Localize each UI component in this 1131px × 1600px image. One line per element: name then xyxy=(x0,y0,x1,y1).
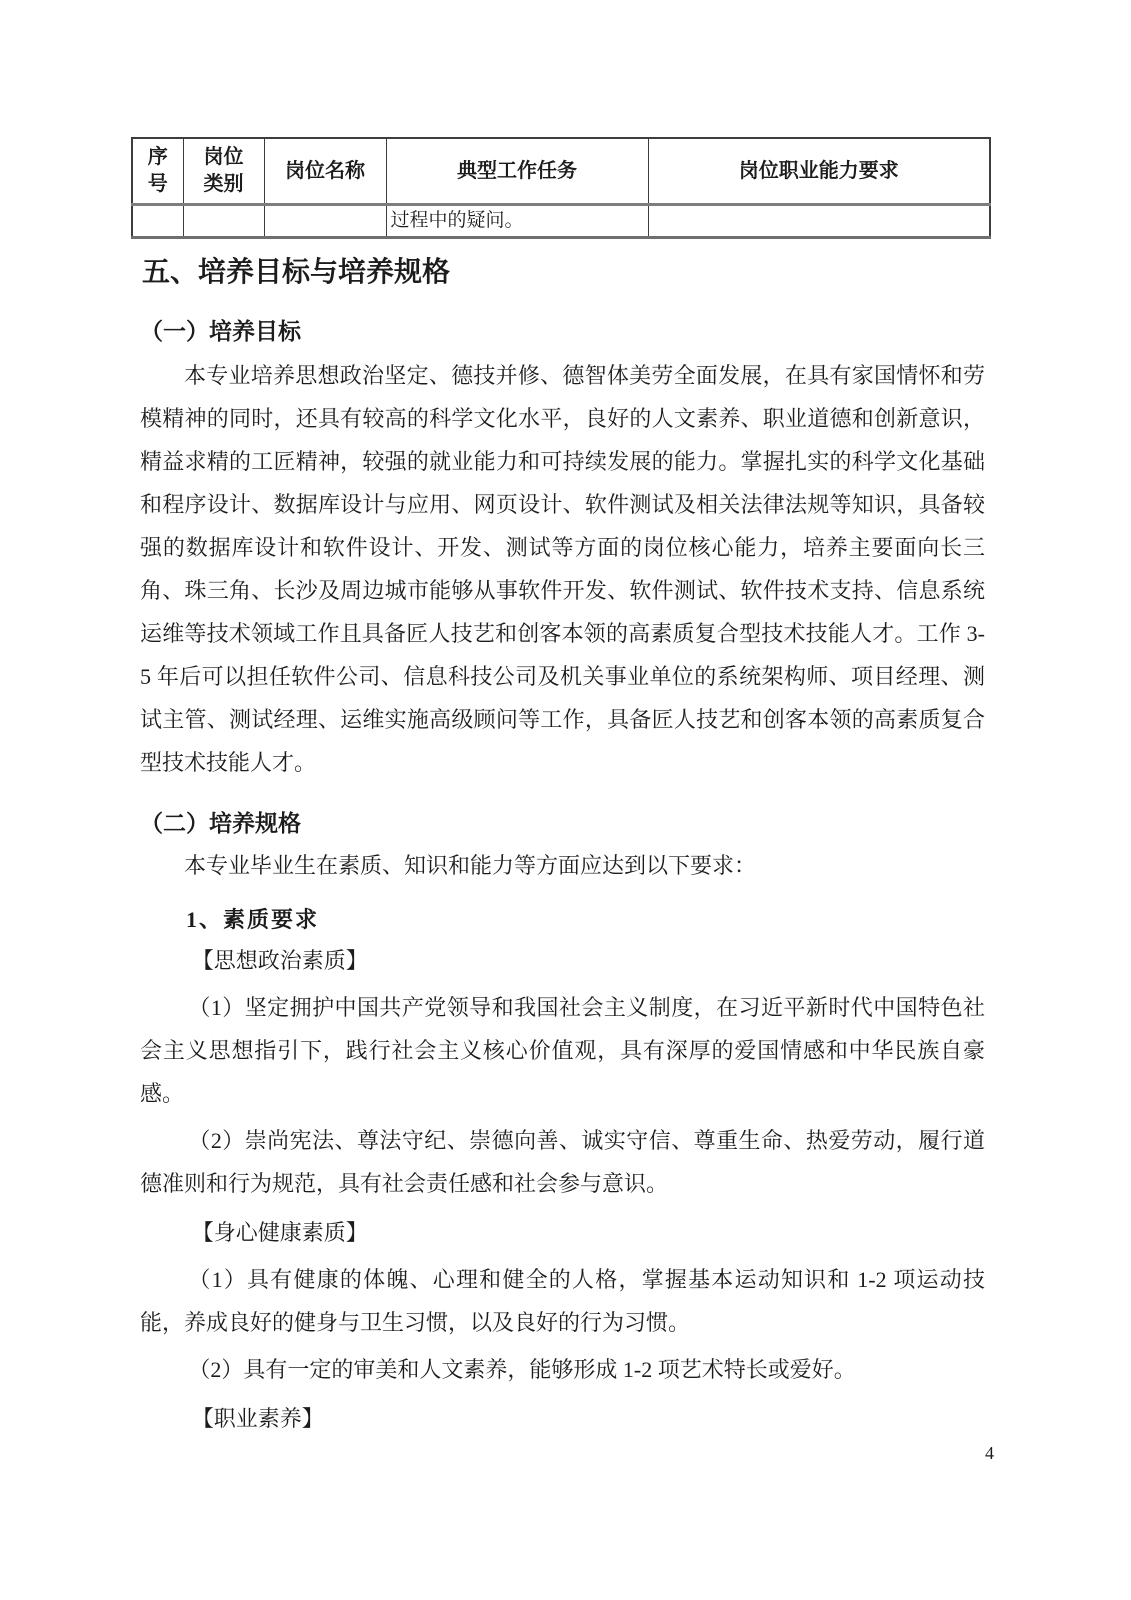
table-header-post-category: 岗位 类别 xyxy=(183,138,264,205)
quality-group-label-political: 【思想政治素质】 xyxy=(140,939,985,982)
section-heading: 五、培养目标与培养规格 xyxy=(142,256,985,288)
quality-requirements-heading: 1、素质要求 xyxy=(186,907,985,933)
table-header-ability-requirements: 岗位职业能力要求 xyxy=(648,138,990,205)
subsection-heading-spec: （二）培养规格 xyxy=(140,810,985,836)
subsection-heading-objective: （一）培养目标 xyxy=(140,318,985,344)
training-objective-paragraph: 本专业培养思想政治坚定、德技并修、德智体美劳全面发展，在具有家国情怀和劳模精神的… xyxy=(140,354,985,784)
position-table: 序 号 岗位 类别 岗位名称 典型工作任务 岗位职业能力要求 过程中的疑问。 xyxy=(131,137,991,239)
quality-item: （1）坚定拥护中国共产党领导和我国社会主义制度，在习近平新时代中国特色社会主义思… xyxy=(140,986,985,1115)
table-cell-ability-requirements xyxy=(648,205,990,238)
table-cell-post-name xyxy=(264,205,386,238)
quality-item: （2）具有一定的审美和人文素养，能够形成 1-2 项艺术特长或爱好。 xyxy=(140,1348,985,1391)
table-cell-post-category xyxy=(183,205,264,238)
table-header-serial: 序 号 xyxy=(132,138,183,205)
quality-item: （1）具有健康的体魄、心理和健全的人格，掌握基本运动知识和 1-2 项运动技能，… xyxy=(140,1258,985,1344)
table-cell-serial xyxy=(132,205,183,238)
table-row: 过程中的疑问。 xyxy=(132,205,990,238)
quality-item: （2）崇尚宪法、尊法守纪、崇德向善、诚实守信、尊重生命、热爱劳动，履行道德准则和… xyxy=(140,1119,985,1205)
document-body: 五、培养目标与培养规格 （一）培养目标 本专业培养思想政治坚定、德技并修、德智体… xyxy=(140,256,985,1440)
quality-group-label-health: 【身心健康素质】 xyxy=(140,1211,985,1254)
document-page: 序 号 岗位 类别 岗位名称 典型工作任务 岗位职业能力要求 过程中的疑问。 五… xyxy=(0,0,1131,1600)
quality-group-label-professional: 【职业素养】 xyxy=(140,1397,985,1440)
table-cell-typical-tasks: 过程中的疑问。 xyxy=(386,205,648,238)
page-number: 4 xyxy=(985,1443,994,1463)
table-header-post-name: 岗位名称 xyxy=(264,138,386,205)
spec-intro-paragraph: 本专业毕业生在素质、知识和能力等方面应达到以下要求： xyxy=(140,844,985,887)
table-header-row: 序 号 岗位 类别 岗位名称 典型工作任务 岗位职业能力要求 xyxy=(132,138,990,205)
table-header-typical-tasks: 典型工作任务 xyxy=(386,138,648,205)
